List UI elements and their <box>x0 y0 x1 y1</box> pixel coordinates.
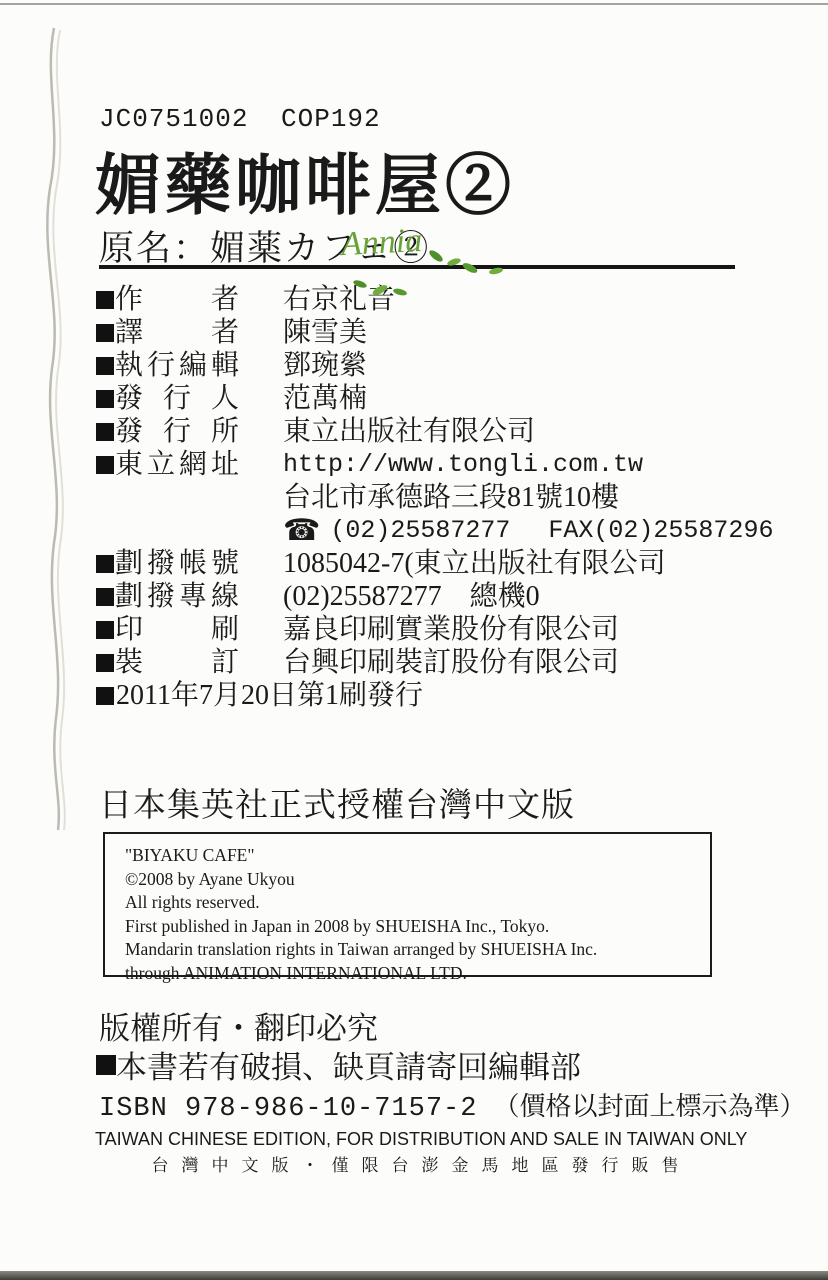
square-bullet-icon <box>96 687 114 705</box>
square-bullet-icon <box>96 291 114 309</box>
taiwan-edition-english-line: TAIWAN CHINESE EDITION, FOR DISTRIBUTION… <box>95 1129 735 1150</box>
square-bullet-icon <box>96 456 114 474</box>
credit-value: 范萬楠 <box>283 382 367 415</box>
credit-label: 劃撥專線 <box>115 580 239 613</box>
square-bullet-icon <box>96 390 114 408</box>
credit-row-binder: 裝訂 台興印刷裝訂股份有限公司 <box>96 646 776 679</box>
credit-row-publisher-company: 發行所 東立出版社有限公司 <box>96 415 776 448</box>
copyright-line: ©2008 by Ayane Ukyou <box>125 868 710 892</box>
damage-notice-text: 本書若有破損、缺頁請寄回編輯部 <box>116 1042 581 1087</box>
website-url: http://www.tongli.com.tw <box>283 448 643 481</box>
print-date: 2011年7月20日第1刷發行 <box>116 679 423 712</box>
credit-row-postal-account: 劃撥帳號 1085042-7(東立出版社有限公司 <box>96 547 776 580</box>
copyright-line: All rights reserved. <box>125 891 710 915</box>
credit-label: 執行編輯 <box>115 349 239 382</box>
isbn-line: ISBN 978-986-10-7157-2 （價格以封面上標示為準） <box>99 1086 805 1124</box>
credit-value: 陳雪美 <box>283 316 367 349</box>
credit-value: 嘉良印刷實業股份有限公司 <box>283 613 619 646</box>
damage-return-notice: 本書若有破損、缺頁請寄回編輯部 <box>96 1042 581 1087</box>
credit-row-postal-hotline: 劃撥專線 (02)25587277 總機0 <box>96 580 776 613</box>
publisher-address: 台北市承德路三段81號10樓 <box>283 481 619 514</box>
book-title: 媚藥咖啡屋② <box>95 132 515 227</box>
colophon-page: JC0751002 COP192 媚藥咖啡屋② 原名：媚薬カフェ② Annia … <box>0 0 828 1280</box>
credit-row-website: 東立網址 http://www.tongli.com.tw <box>96 448 776 481</box>
copyright-line: "BIYAKU CAFE" <box>125 844 710 868</box>
copyright-line: Mandarin translation rights in Taiwan ar… <box>125 938 710 962</box>
credit-label: 印刷 <box>115 613 239 646</box>
copyright-box: "BIYAKU CAFE" ©2008 by Ayane Ukyou All r… <box>103 832 712 977</box>
leaf-decoration-icon <box>338 238 548 302</box>
credit-label: 作者 <box>115 283 239 316</box>
square-bullet-icon <box>96 654 114 672</box>
credit-value: 東立出版社有限公司 <box>283 415 535 448</box>
license-statement: 日本集英社正式授權台灣中文版 <box>99 779 575 826</box>
taiwan-edition-chinese-line: 台灣中文版・僅限台澎金馬地區發行販售 <box>95 1151 735 1176</box>
copyright-line: through ANIMATION INTERNATIONAL LTD. <box>125 962 710 986</box>
phone-fax-line: ☎ (02)25587277 FAX(02)25587296 <box>96 514 776 547</box>
credit-value: (02)25587277 總機0 <box>283 580 540 613</box>
square-bullet-icon <box>96 588 114 606</box>
square-bullet-icon <box>96 357 114 375</box>
copyright-line: First published in Japan in 2008 by SHUE… <box>125 915 710 939</box>
price-note: （價格以封面上標示為準） <box>493 1086 805 1123</box>
torn-paper-edge <box>18 18 78 838</box>
credit-row-translator: 譯者 陳雪美 <box>96 316 776 349</box>
square-bullet-icon <box>96 1055 116 1075</box>
credit-value: 鄧琬縈 <box>283 349 367 382</box>
credit-row-printer: 印刷 嘉良印刷實業股份有限公司 <box>96 613 776 646</box>
credit-label: 東立網址 <box>115 448 239 481</box>
credit-value: 台興印刷裝訂股份有限公司 <box>283 646 619 679</box>
square-bullet-icon <box>96 324 114 342</box>
fax-number: FAX(02)25587296 <box>548 514 773 547</box>
credit-value: 1085042-7(東立出版社有限公司 <box>283 547 666 580</box>
square-bullet-icon <box>96 423 114 441</box>
credit-label: 譯者 <box>115 316 239 349</box>
square-bullet-icon <box>96 621 114 639</box>
print-date-line: 2011年7月20日第1刷發行 <box>96 679 776 712</box>
credit-label: 發行人 <box>115 382 239 415</box>
credit-row-publisher-person: 發行人 范萬楠 <box>96 382 776 415</box>
page-top-edge <box>0 3 828 5</box>
isbn-number: ISBN 978-986-10-7157-2 <box>99 1094 477 1124</box>
credit-label: 發行所 <box>115 415 239 448</box>
page-bottom-edge <box>0 1271 828 1280</box>
product-code: JC0751002 COP192 <box>99 104 381 134</box>
credit-label: 裝訂 <box>115 646 239 679</box>
telephone-number: (02)25587277 <box>330 514 510 547</box>
credit-row-editor: 執行編輯 鄧琬縈 <box>96 349 776 382</box>
square-bullet-icon <box>96 555 114 573</box>
telephone-icon: ☎ <box>283 516 320 546</box>
credits-list: 作者 右京礼音 譯者 陳雪美 執行編輯 鄧琬縈 發行人 范萬楠 發行所 東立出版… <box>96 283 776 712</box>
credit-label: 劃撥帳號 <box>115 547 239 580</box>
publisher-address-line: 台北市承德路三段81號10樓 <box>96 481 776 514</box>
